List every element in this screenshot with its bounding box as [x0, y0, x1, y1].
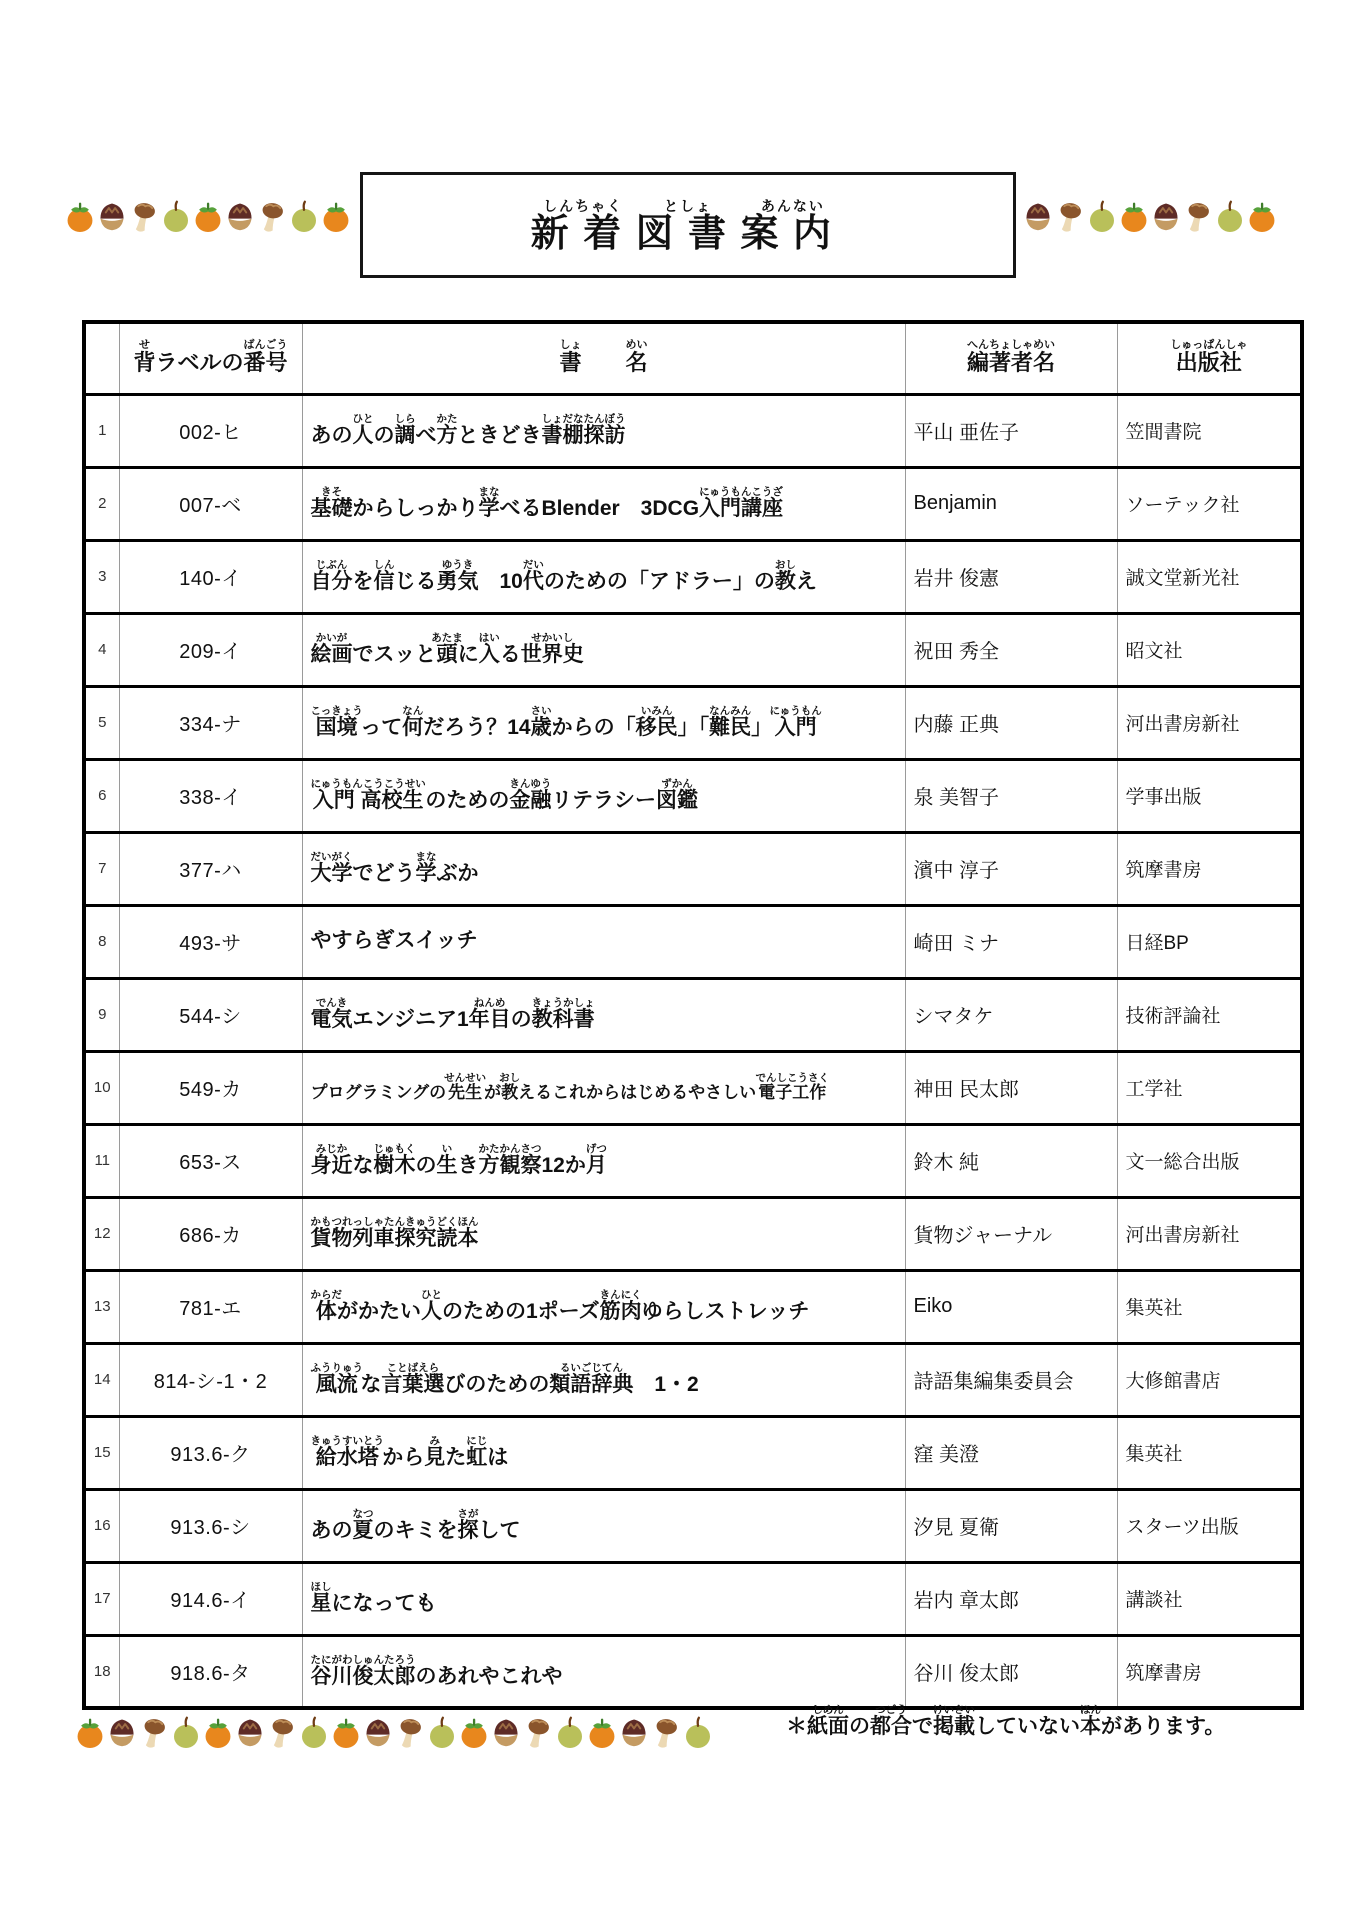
table-row: 14 814-シ-1・2 風流ふうりゅうな言葉選ことばえらびのための類語辞典るい… [84, 1343, 1302, 1416]
spine-label: 377-ハ [119, 832, 302, 905]
chestnut-icon [96, 196, 128, 236]
table-row: 17 914.6-イ 星ほしになっても 岩内 章太郎 講談社 [84, 1562, 1302, 1635]
book-author: 岩内 章太郎 [905, 1562, 1117, 1635]
spine-label: 007-ベ [119, 467, 302, 540]
book-title: 貨物列車探究読本かもつれっしゃたんきゅうどくほん [302, 1197, 905, 1270]
pear-icon [682, 1712, 714, 1752]
book-title: プログラミングの先生せんせいが教おしえるこれからはじめるやさしい電子工作でんしこ… [302, 1051, 905, 1124]
book-author: 平山 亜佐子 [905, 394, 1117, 467]
row-number: 7 [84, 832, 119, 905]
header-book-title: 書しょ 名めい [302, 322, 905, 394]
book-author: Eiko [905, 1270, 1117, 1343]
table-row: 7 377-ハ 大学だいがくでどう学まなぶか 濱中 淳子 筑摩書房 [84, 832, 1302, 905]
table-row: 3 140-イ 自分じぶんを信しんじる勇気ゆうき 10代だいのための「アドラー」… [84, 540, 1302, 613]
book-author: Benjamin [905, 467, 1117, 540]
chestnut-icon [234, 1712, 266, 1752]
book-author: 濱中 淳子 [905, 832, 1117, 905]
row-number: 13 [84, 1270, 119, 1343]
title-box: 新着しんちゃく図書としょ案内あんない [360, 172, 1016, 278]
book-author: シマタケ [905, 978, 1117, 1051]
mushroom-icon [128, 196, 160, 236]
spine-label: 338-イ [119, 759, 302, 832]
spine-label: 549-カ [119, 1051, 302, 1124]
pear-icon [298, 1712, 330, 1752]
table-row: 18 918.6-タ 谷川俊太郎たにがわしゅんたろうのあれやこれや 谷川 俊太郎… [84, 1635, 1302, 1708]
book-title: 風流ふうりゅうな言葉選ことばえらびのための類語辞典るいごじてん 1・2 [302, 1343, 905, 1416]
row-number: 3 [84, 540, 119, 613]
table-row: 6 338-イ 入門 高校生にゅうもんこうこうせいのための金融きんゆうリテラシー… [84, 759, 1302, 832]
persimmon-icon [1246, 196, 1278, 236]
table-row: 16 913.6-シ あの夏なつのキミを探さがして 汐見 夏衛 スターツ出版 [84, 1489, 1302, 1562]
pear-icon [1086, 196, 1118, 236]
book-publisher: 昭文社 [1117, 613, 1302, 686]
spine-label: 493-サ [119, 905, 302, 978]
spine-label: 209-イ [119, 613, 302, 686]
spine-label: 002-ヒ [119, 394, 302, 467]
book-title: 身近みじかな樹木じゅもくの生いき方観察かたかんさつ12か月げつ [302, 1124, 905, 1197]
book-publisher: 学事出版 [1117, 759, 1302, 832]
header-spine-label: 背せラベルの番号ばんごう [119, 322, 302, 394]
table-header-row: 背せラベルの番号ばんごう 書しょ 名めい 編著者名へんちょしゃめい 出版社しゅっ… [84, 322, 1302, 394]
spine-label: 918.6-タ [119, 1635, 302, 1708]
persimmon-icon [202, 1712, 234, 1752]
book-publisher: 日経BP [1117, 905, 1302, 978]
mushroom-icon [1054, 196, 1086, 236]
spine-label: 914.6-イ [119, 1562, 302, 1635]
book-publisher: スターツ出版 [1117, 1489, 1302, 1562]
book-publisher: 技術評論社 [1117, 978, 1302, 1051]
persimmon-icon [320, 196, 352, 236]
spine-label: 653-ス [119, 1124, 302, 1197]
book-author: 谷川 俊太郎 [905, 1635, 1117, 1708]
table-row: 1 002-ヒ あの人ひとの調しらべ方かたときどき書棚探訪しょだなたんぼう 平山… [84, 394, 1302, 467]
chestnut-icon [1022, 196, 1054, 236]
spine-label: 140-イ [119, 540, 302, 613]
mushroom-icon [266, 1712, 298, 1752]
book-title: 入門 高校生にゅうもんこうこうせいのための金融きんゆうリテラシー図鑑ずかん [302, 759, 905, 832]
chestnut-icon [224, 196, 256, 236]
table-row: 10 549-カ プログラミングの先生せんせいが教おしえるこれからはじめるやさし… [84, 1051, 1302, 1124]
book-title: あの人ひとの調しらべ方かたときどき書棚探訪しょだなたんぼう [302, 394, 905, 467]
row-number: 1 [84, 394, 119, 467]
persimmon-icon [192, 196, 224, 236]
row-number: 8 [84, 905, 119, 978]
book-publisher: 誠文堂新光社 [1117, 540, 1302, 613]
book-author: 汐見 夏衛 [905, 1489, 1117, 1562]
book-table: 背せラベルの番号ばんごう 書しょ 名めい 編著者名へんちょしゃめい 出版社しゅっ… [82, 320, 1304, 1710]
chestnut-icon [1150, 196, 1182, 236]
chestnut-icon [618, 1712, 650, 1752]
book-publisher: 集英社 [1117, 1270, 1302, 1343]
row-number: 6 [84, 759, 119, 832]
header-author: 編著者名へんちょしゃめい [905, 322, 1117, 394]
book-title: 星ほしになっても [302, 1562, 905, 1635]
book-publisher: 筑摩書房 [1117, 1635, 1302, 1708]
decor-strip-bottom [74, 1712, 714, 1752]
row-number: 2 [84, 467, 119, 540]
book-publisher: ソーテック社 [1117, 467, 1302, 540]
book-author: 神田 民太郎 [905, 1051, 1117, 1124]
pear-icon [170, 1712, 202, 1752]
mushroom-icon [138, 1712, 170, 1752]
spine-label: 781-エ [119, 1270, 302, 1343]
book-author: 鈴木 純 [905, 1124, 1117, 1197]
persimmon-icon [74, 1712, 106, 1752]
footer-note: ＊紙面しめんの都合つごうで掲載けいさいしていない本ほんがあります。 [786, 1704, 1225, 1738]
row-number: 4 [84, 613, 119, 686]
row-number: 17 [84, 1562, 119, 1635]
table-row: 4 209-イ 絵画かいがでスッと頭あたまに入はいる世界史せかいし 祝田 秀全 … [84, 613, 1302, 686]
book-author: 岩井 俊憲 [905, 540, 1117, 613]
spine-label: 686-カ [119, 1197, 302, 1270]
table-row: 11 653-ス 身近みじかな樹木じゅもくの生いき方観察かたかんさつ12か月げつ… [84, 1124, 1302, 1197]
persimmon-icon [1118, 196, 1150, 236]
book-author: 窪 美澄 [905, 1416, 1117, 1489]
persimmon-icon [586, 1712, 618, 1752]
pear-icon [554, 1712, 586, 1752]
persimmon-icon [64, 196, 96, 236]
mushroom-icon [650, 1712, 682, 1752]
page: 新着しんちゃく図書としょ案内あんない 背せラベルの番号ばんごう 書しょ 名めい … [0, 0, 1360, 1920]
row-number: 18 [84, 1635, 119, 1708]
book-title: 自分じぶんを信しんじる勇気ゆうき 10代だいのための「アドラー」の教おしえ [302, 540, 905, 613]
spine-label: 814-シ-1・2 [119, 1343, 302, 1416]
book-title: あの夏なつのキミを探さがして [302, 1489, 905, 1562]
row-number: 15 [84, 1416, 119, 1489]
header-number-blank [84, 322, 119, 394]
book-publisher: 講談社 [1117, 1562, 1302, 1635]
table-row: 13 781-エ 体からだがかたい人ひとのための1ポーズ筋肉きんにくゆらしストレ… [84, 1270, 1302, 1343]
book-title: 基礎きそからしっかり学まなべるBlender 3DCG入門講座にゅうもんこうざ [302, 467, 905, 540]
book-author: 崎田 ミナ [905, 905, 1117, 978]
row-number: 14 [84, 1343, 119, 1416]
book-title: 大学だいがくでどう学まなぶか [302, 832, 905, 905]
book-publisher: 笠間書院 [1117, 394, 1302, 467]
book-title: 電気でんきエンジニア1年目ねんめの教科書きょうかしょ [302, 978, 905, 1051]
table-row: 5 334-ナ 国境こっきょうって何なんだろう？14歳さいからの「移民いみん」「… [84, 686, 1302, 759]
pear-icon [426, 1712, 458, 1752]
pear-icon [160, 196, 192, 236]
row-number: 5 [84, 686, 119, 759]
book-author: 祝田 秀全 [905, 613, 1117, 686]
decor-strip-top-right [1022, 196, 1278, 236]
row-number: 9 [84, 978, 119, 1051]
table-row: 12 686-カ 貨物列車探究読本かもつれっしゃたんきゅうどくほん 貨物ジャーナ… [84, 1197, 1302, 1270]
spine-label: 334-ナ [119, 686, 302, 759]
book-author: 貨物ジャーナル [905, 1197, 1117, 1270]
table-row: 9 544-シ 電気でんきエンジニア1年目ねんめの教科書きょうかしょ シマタケ … [84, 978, 1302, 1051]
mushroom-icon [256, 196, 288, 236]
book-publisher: 工学社 [1117, 1051, 1302, 1124]
persimmon-icon [330, 1712, 362, 1752]
book-publisher: 河出書房新社 [1117, 1197, 1302, 1270]
book-author: 内藤 正典 [905, 686, 1117, 759]
row-number: 12 [84, 1197, 119, 1270]
row-number: 11 [84, 1124, 119, 1197]
book-author: 詩語集編集委員会 [905, 1343, 1117, 1416]
header-publisher: 出版社しゅっぱんしゃ [1117, 322, 1302, 394]
spine-label: 913.6-シ [119, 1489, 302, 1562]
table-row: 8 493-サ やすらぎスイッチ 崎田 ミナ 日経BP [84, 905, 1302, 978]
mushroom-icon [394, 1712, 426, 1752]
book-title: 絵画かいがでスッと頭あたまに入はいる世界史せかいし [302, 613, 905, 686]
page-title: 新着しんちゃく図書としょ案内あんない [531, 198, 846, 253]
book-author: 泉 美智子 [905, 759, 1117, 832]
book-title: 国境こっきょうって何なんだろう？14歳さいからの「移民いみん」「難民なんみん」入… [302, 686, 905, 759]
book-publisher: 集英社 [1117, 1416, 1302, 1489]
spine-label: 913.6-ク [119, 1416, 302, 1489]
persimmon-icon [458, 1712, 490, 1752]
pear-icon [288, 196, 320, 236]
book-publisher: 河出書房新社 [1117, 686, 1302, 759]
book-publisher: 文一総合出版 [1117, 1124, 1302, 1197]
book-title: 体からだがかたい人ひとのための1ポーズ筋肉きんにくゆらしストレッチ [302, 1270, 905, 1343]
chestnut-icon [362, 1712, 394, 1752]
spine-label: 544-シ [119, 978, 302, 1051]
mushroom-icon [1182, 196, 1214, 236]
book-title: 谷川俊太郎たにがわしゅんたろうのあれやこれや [302, 1635, 905, 1708]
book-title: やすらぎスイッチ [302, 905, 905, 978]
pear-icon [1214, 196, 1246, 236]
book-publisher: 筑摩書房 [1117, 832, 1302, 905]
chestnut-icon [106, 1712, 138, 1752]
table-row: 2 007-ベ 基礎きそからしっかり学まなべるBlender 3DCG入門講座に… [84, 467, 1302, 540]
row-number: 16 [84, 1489, 119, 1562]
decor-strip-top-left [64, 196, 352, 236]
row-number: 10 [84, 1051, 119, 1124]
chestnut-icon [490, 1712, 522, 1752]
book-publisher: 大修館書店 [1117, 1343, 1302, 1416]
book-title: 給水塔きゅうすいとうから見みた虹にじは [302, 1416, 905, 1489]
mushroom-icon [522, 1712, 554, 1752]
table-row: 15 913.6-ク 給水塔きゅうすいとうから見みた虹にじは 窪 美澄 集英社 [84, 1416, 1302, 1489]
